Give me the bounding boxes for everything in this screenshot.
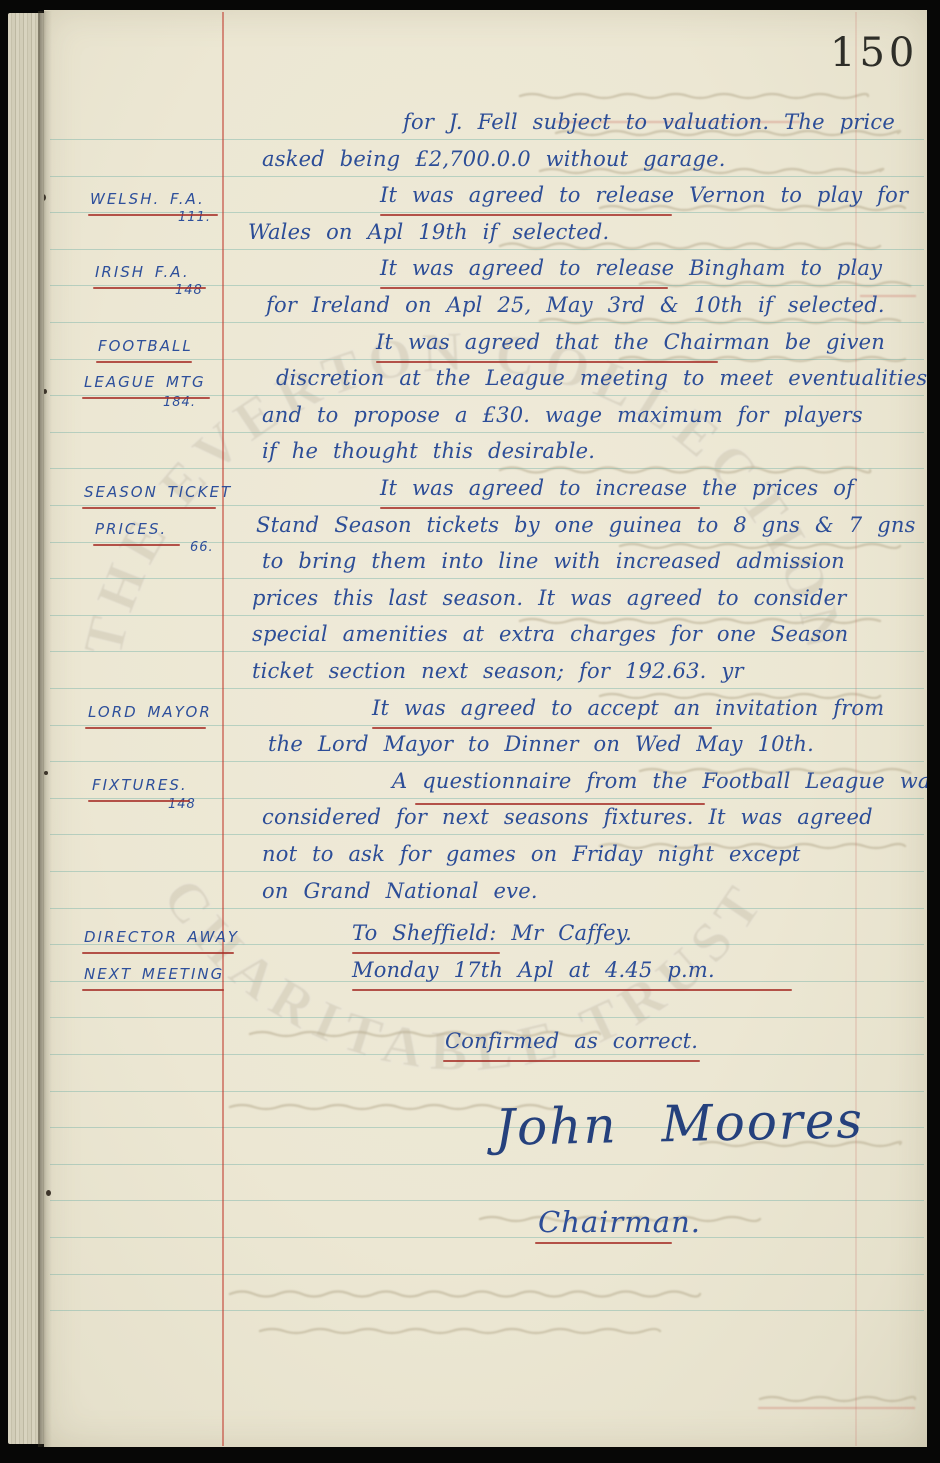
minute-welsh-1: It was agreed to release Vernon to play … xyxy=(380,183,908,207)
ruled-line xyxy=(50,1017,924,1018)
scanned-minute-book-page: { "page_number": "150", "watermark": { "… xyxy=(0,0,940,1463)
minute-next-meeting: Monday 17th Apl at 4.45 p.m. xyxy=(352,958,715,982)
red-underline xyxy=(88,800,190,802)
scan-border-left xyxy=(0,0,8,1463)
ruled-line xyxy=(50,359,924,360)
bleed-margin-line xyxy=(855,12,857,1446)
minute-irish-2: for Ireland on Apl 25, May 3rd & 10th if… xyxy=(266,293,885,317)
minute-season-2: Stand Season tickets by one guinea to 8 … xyxy=(256,513,916,537)
minute-irish-1: It was agreed to release Bingham to play xyxy=(380,256,882,280)
margin-fixtures: FIXTURES. xyxy=(92,776,188,794)
bleed-squiggle xyxy=(260,1329,660,1333)
minute-season-3: to bring them into line with increased a… xyxy=(262,549,845,573)
bleed-squiggle xyxy=(500,244,880,249)
bleed-squiggle xyxy=(620,544,900,548)
margin-next-meeting: NEXT MEETING xyxy=(84,965,224,983)
red-underline xyxy=(82,507,216,509)
minute-page: THE EVERTON COLLECTION CHARITABLE TRUST … xyxy=(44,10,927,1447)
minute-league-1: It was agreed that the Chairman be given xyxy=(376,330,885,354)
minute-director-away: To Sheffield: Mr Caffey. xyxy=(352,921,632,945)
ruled-line xyxy=(50,1310,924,1311)
scan-border-right xyxy=(927,0,940,1463)
margin-season-ref: 66. xyxy=(190,540,214,555)
ruled-line xyxy=(50,1091,924,1092)
minute-fixtures-4: on Grand National eve. xyxy=(262,879,538,903)
ruled-line xyxy=(50,578,924,579)
ruled-line xyxy=(50,1237,924,1238)
minute-league-3: and to propose a £30. wage maximum for p… xyxy=(262,403,863,427)
margin-welsh-fa-ref: 111. xyxy=(178,210,211,225)
red-underline xyxy=(88,214,218,216)
red-underline xyxy=(85,727,206,729)
red-underline xyxy=(352,952,500,954)
ruled-line xyxy=(50,1200,924,1201)
red-underline xyxy=(535,1242,672,1244)
red-underline xyxy=(93,544,180,546)
minute-league-4: if he thought this desirable. xyxy=(262,439,595,463)
red-underline xyxy=(93,287,206,289)
margin-season-prices: PRICES. xyxy=(95,520,167,538)
ruled-line xyxy=(50,871,924,872)
scan-border-bottom xyxy=(0,1447,940,1463)
margin-season-ticket: SEASON TICKET xyxy=(84,483,232,501)
red-underline xyxy=(352,989,792,991)
minute-fixtures-3: not to ask for games on Friday night exc… xyxy=(262,842,801,866)
ruled-line xyxy=(50,834,924,835)
gutter-shadow xyxy=(38,11,52,1447)
margin-irish-fa: IRISH F.A. xyxy=(95,263,190,281)
margin-lord-mayor: LORD MAYOR xyxy=(88,703,212,721)
ruled-line xyxy=(50,139,924,140)
minute-league-2: discretion at the League meeting to meet… xyxy=(276,366,927,390)
red-underline xyxy=(380,507,700,509)
minute-season-5: special amenities at extra charges for o… xyxy=(252,622,848,646)
ruled-line xyxy=(50,542,924,543)
ruled-line xyxy=(50,688,924,689)
red-margin-line xyxy=(222,12,224,1446)
red-underline xyxy=(82,989,224,991)
red-underline xyxy=(82,952,234,954)
ruled-line xyxy=(50,725,924,726)
ruled-line xyxy=(50,432,924,433)
intro-line-1: for J. Fell subject to valuation. The pr… xyxy=(403,110,895,134)
margin-league-mtg: LEAGUE MTG xyxy=(84,373,206,391)
margin-welsh-fa: WELSH. F.A. xyxy=(90,190,205,208)
bleed-squiggle xyxy=(520,94,868,98)
red-underline xyxy=(380,214,672,216)
ruled-line xyxy=(50,651,924,652)
intro-line-2: asked being £2,700.0.0 without garage. xyxy=(262,147,726,171)
margin-football: FOOTBALL xyxy=(98,337,193,355)
ruled-line xyxy=(50,1164,924,1165)
red-underline xyxy=(372,727,712,729)
margin-irish-fa-ref: 148 xyxy=(175,283,203,298)
minute-season-1: It was agreed to increase the prices of xyxy=(380,476,854,500)
ruled-line xyxy=(50,468,924,469)
minute-lordmayor-1: It was agreed to accept an invitation fr… xyxy=(372,696,884,720)
confirmed-as-correct: Confirmed as correct. xyxy=(445,1029,698,1053)
red-underline xyxy=(443,1060,700,1062)
ruled-line xyxy=(50,1054,924,1055)
ruled-line xyxy=(50,249,924,250)
red-underline xyxy=(380,287,668,289)
minute-welsh-2: Wales on Apl 19th if selected. xyxy=(248,220,609,244)
red-underline xyxy=(415,803,705,805)
ruled-line xyxy=(50,761,924,762)
bleed-squiggle xyxy=(760,1397,915,1401)
red-underline xyxy=(96,361,192,363)
ruled-line xyxy=(50,505,924,506)
red-underline xyxy=(376,361,718,363)
ruled-line xyxy=(50,1274,924,1275)
scan-border-top xyxy=(0,0,940,10)
ruled-line xyxy=(50,322,924,323)
margin-director-away: DIRECTOR AWAY xyxy=(84,928,239,946)
chairman-title: Chairman. xyxy=(538,1205,701,1239)
page-number: 150 xyxy=(830,30,918,76)
chairman-signature: John Moores xyxy=(494,1091,864,1157)
ruled-line xyxy=(50,908,924,909)
ruled-line xyxy=(50,615,924,616)
minute-season-4: prices this last season. It was agreed t… xyxy=(252,586,847,610)
ruled-line xyxy=(50,176,924,177)
minute-fixtures-2: considered for next seasons fixtures. It… xyxy=(262,805,873,829)
red-underline xyxy=(82,397,210,399)
minute-season-6: ticket section next season; for 192.63. … xyxy=(252,659,744,683)
minute-lordmayor-2: the Lord Mayor to Dinner on Wed May 10th… xyxy=(268,732,814,756)
minute-fixtures-1: A questionnaire from the Football League… xyxy=(392,769,927,793)
bleed-squiggle xyxy=(230,1292,700,1297)
